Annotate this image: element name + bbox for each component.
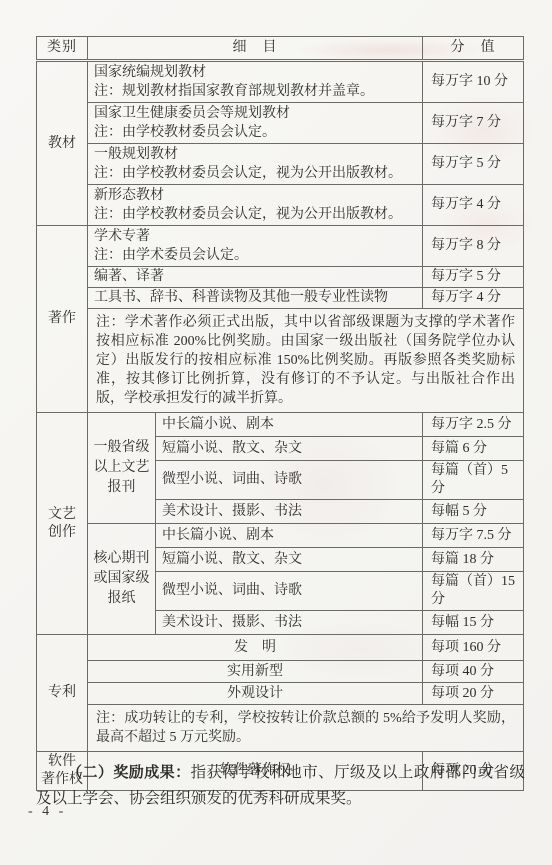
table-row: 注：成功转让的专利，学校按转让价款总额的 5%给予发明人奖励，最高不超过 5 万… [37, 705, 524, 752]
score-cell: 每篇（首）5 分 [423, 461, 524, 500]
item-note: 注：由学校教材委员会认定，视为公开出版教材。 [94, 205, 416, 224]
category-line: 文艺 [39, 506, 85, 524]
item-cell: 微型小说、词曲、诗歌 [156, 572, 423, 611]
score-cell: 每万字 8 分 [423, 226, 524, 267]
item-cell: 中长篇小说、剧本 [156, 524, 423, 548]
table-row: 实用新型 每项 40 分 [37, 661, 524, 683]
item-cell: 美术设计、摄影、书法 [156, 500, 423, 524]
item-cell: 中长篇小说、剧本 [156, 413, 423, 437]
subcategory-cell-provincial-press: 一般省级以上文艺报刊 [88, 413, 156, 524]
scanned-page: 类别 细 目 分 值 教材 国家统编规划教材 注：规划教材指国家教育部规划教材并… [0, 0, 552, 865]
table-row: 教材 国家统编规划教材 注：规划教材指国家教育部规划教材并盖章。 每万字 10 … [37, 61, 524, 103]
paragraph-lead: （二）奖励成果： [67, 764, 191, 781]
item-cell: 实用新型 [88, 661, 423, 683]
section-note-cell: 注：成功转让的专利，学校按转让价款总额的 5%给予发明人奖励，最高不超过 5 万… [88, 705, 524, 752]
table-row: 文艺 创作 一般省级以上文艺报刊 中长篇小说、剧本 每万字 2.5 分 [37, 413, 524, 437]
item-title: 学术专著 [94, 227, 416, 246]
item-cell: 一般规划教材 注：由学校教材委员会认定，视为公开出版教材。 [88, 144, 423, 185]
header-category: 类别 [37, 37, 88, 61]
item-title: 新形态教材 [94, 186, 416, 205]
header-detail: 细 目 [88, 37, 423, 61]
item-cell: 短篇小说、散文、杂文 [156, 437, 423, 461]
table-row: 专利 发 明 每项 160 分 [37, 635, 524, 661]
item-cell: 微型小说、词曲、诗歌 [156, 461, 423, 500]
item-cell: 新形态教材 注：由学校教材委员会认定，视为公开出版教材。 [88, 185, 423, 226]
item-cell: 国家统编规划教材 注：规划教材指国家教育部规划教材并盖章。 [88, 61, 423, 103]
score-cell: 每项 40 分 [423, 661, 524, 683]
item-cell: 学术专著 注：由学术委员会认定。 [88, 226, 423, 267]
category-cell-monograph: 著作 [37, 226, 88, 413]
score-cell: 每万字 7.5 分 [423, 524, 524, 548]
score-cell: 每篇 18 分 [423, 548, 524, 572]
item-cell: 发 明 [88, 635, 423, 661]
header-score: 分 值 [423, 37, 524, 61]
page-number: - 4 - [28, 804, 66, 820]
table-row: 外观设计 每项 20 分 [37, 683, 524, 705]
item-note: 注：规划教材指国家教育部规划教材并盖章。 [94, 82, 416, 101]
item-title: 国家统编规划教材 [94, 63, 416, 82]
category-cell-patent: 专利 [37, 635, 88, 752]
score-cell: 每万字 4 分 [423, 288, 524, 309]
score-cell: 每万字 5 分 [423, 144, 524, 185]
table-row: 国家卫生健康委员会等规划教材 注：由学校教材委员会认定。 每万字 7 分 [37, 103, 524, 144]
table-row: 著作 学术专著 注：由学术委员会认定。 每万字 8 分 [37, 226, 524, 267]
score-cell: 每项 20 分 [423, 683, 524, 705]
table-row: 新形态教材 注：由学校教材委员会认定，视为公开出版教材。 每万字 4 分 [37, 185, 524, 226]
score-cell: 每幅 15 分 [423, 611, 524, 635]
item-cell: 编著、译著 [88, 267, 423, 288]
section-note-cell: 注：学术著作必须正式出版，其中以省部级课题为支撑的学术著作按相应标准 200%比… [88, 309, 524, 413]
table-row: 核心期刊或国家级报纸 中长篇小说、剧本 每万字 7.5 分 [37, 524, 524, 548]
table-row: 编著、译著 每万字 5 分 [37, 267, 524, 288]
table-row: 注：学术著作必须正式出版，其中以省部级课题为支撑的学术著作按相应标准 200%比… [37, 309, 524, 413]
item-title: 国家卫生健康委员会等规划教材 [94, 104, 416, 123]
category-cell-textbook: 教材 [37, 61, 88, 226]
score-cell: 每万字 2.5 分 [423, 413, 524, 437]
category-cell-literary-art: 文艺 创作 [37, 413, 88, 635]
table-row: 一般规划教材 注：由学校教材委员会认定，视为公开出版教材。 每万字 5 分 [37, 144, 524, 185]
table-header-row: 类别 细 目 分 值 [37, 37, 524, 61]
item-cell: 短篇小说、散文、杂文 [156, 548, 423, 572]
reward-results-paragraph: （二）奖励成果：指获得学校和地市、厅级及以上政府部门或省级及以上学会、协会组织颁… [36, 760, 525, 812]
item-cell: 美术设计、摄影、书法 [156, 611, 423, 635]
score-rules-table: 类别 细 目 分 值 教材 国家统编规划教材 注：规划教材指国家教育部规划教材并… [36, 36, 524, 791]
subcategory-cell-core-journal: 核心期刊或国家级报纸 [88, 524, 156, 635]
item-note: 注：由学术委员会认定。 [94, 246, 416, 265]
item-title: 一般规划教材 [94, 145, 416, 164]
item-note: 注：由学校教材委员会认定。 [94, 123, 416, 142]
score-cell: 每篇（首）15 分 [423, 572, 524, 611]
score-cell: 每万字 7 分 [423, 103, 524, 144]
item-cell: 国家卫生健康委员会等规划教材 注：由学校教材委员会认定。 [88, 103, 423, 144]
score-cell: 每项 160 分 [423, 635, 524, 661]
item-cell: 外观设计 [88, 683, 423, 705]
score-cell: 每万字 4 分 [423, 185, 524, 226]
category-line: 创作 [39, 524, 85, 542]
item-cell: 工具书、辞书、科普读物及其他一般专业性读物 [88, 288, 423, 309]
table-row: 工具书、辞书、科普读物及其他一般专业性读物 每万字 4 分 [37, 288, 524, 309]
score-cell: 每篇 6 分 [423, 437, 524, 461]
score-cell: 每幅 5 分 [423, 500, 524, 524]
item-note: 注：由学校教材委员会认定，视为公开出版教材。 [94, 164, 416, 183]
score-cell: 每万字 10 分 [423, 61, 524, 103]
score-cell: 每万字 5 分 [423, 267, 524, 288]
